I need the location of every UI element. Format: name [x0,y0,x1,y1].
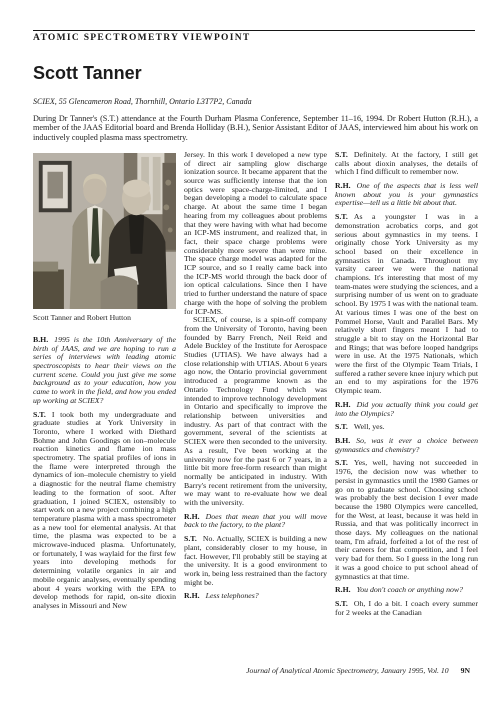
dialogue-paragraph: R.H.Less telephones? [184,592,327,601]
dialogue-paragraph: S.T.Well, yes. [335,423,478,432]
paragraph-text: Oh, I do a bit. I coach every summer for… [335,599,478,617]
speaker-label: R.H. [335,585,351,594]
masthead-rule [33,30,475,31]
dialogue-paragraph: S.T.No. Actually, SCIEX is building a ne… [184,535,327,587]
speaker-label: R.H. [335,400,351,409]
dialogue-paragraph: S.T.Yes, well, having not succeeded in 1… [335,459,478,581]
article-columns: Scott Tanner and Robert Hutton B.H.1995 … [33,151,478,657]
dialogue-paragraph: B.H.So, was it ever a choice between gym… [335,437,478,454]
dialogue-paragraph: R.H.One of the aspects that is less well… [335,182,478,208]
column-middle: Jersey. In this work I developed a new t… [184,151,327,657]
journal-footer: Journal of Analytical Atomic Spectrometr… [246,666,470,675]
paragraph-text: Definitely. At the factory, I still get … [335,151,478,176]
paragraph-text: As a youngster I was in a demonstration … [335,212,478,395]
body-paragraph: SCIEX, of course, is a spin-off company … [184,316,327,507]
paragraph-text: I took both my undergraduate and graduat… [33,410,176,610]
speaker-label: S.T. [335,212,348,221]
speaker-label: S.T. [33,410,46,419]
paragraph-text: You don't coach or anything now? [357,585,463,594]
body-paragraph: Jersey. In this work I developed a new t… [184,151,327,316]
dialogue-paragraph: S.T.As a youngster I was in a demonstrat… [335,213,478,396]
dialogue-paragraph: S.T.Oh, I do a bit. I coach every summer… [335,600,478,617]
dialogue-paragraph: S.T.I took both my undergraduate and gra… [33,411,176,611]
paragraph-text: Jersey. In this work I developed a new t… [184,151,327,316]
article-title: Scott Tanner [33,65,467,81]
paragraph-text: Did you actually think you could get int… [335,400,478,418]
speaker-label: R.H. [335,181,351,190]
section-masthead: ATOMIC SPECTROMETRY VIEWPOINT [33,33,475,43]
speaker-label: S.T. [335,458,348,467]
journal-page: ATOMIC SPECTROMETRY VIEWPOINT Scott Tann… [0,0,500,719]
photo-figure: Scott Tanner and Robert Hutton [33,153,176,322]
dialogue-paragraph: R.H.You don't coach or anything now? [335,586,478,595]
dialogue-paragraph: R.H.Does that mean that you will move ba… [184,513,327,530]
speaker-label: B.H. [335,436,350,445]
column-left: Scott Tanner and Robert Hutton B.H.1995 … [33,151,176,657]
interview-photo [33,153,176,309]
paragraph-text: No. Actually, SCIEX is building a new pl… [184,534,327,587]
speaker-label: R.H. [184,512,200,521]
dialogue-paragraph: R.H.Did you actually think you could get… [335,401,478,418]
footer-journal-line: Journal of Analytical Atomic Spectrometr… [246,666,448,675]
dialogue-paragraph: B.H.1995 is the 10th Anniversary of the … [33,336,176,406]
paragraph-text: So, was it ever a choice between gymnast… [335,436,478,454]
speaker-label: R.H. [184,591,200,600]
speaker-label: B.H. [33,335,48,344]
column-right: S.T.Definitely. At the factory, I still … [335,151,478,657]
paragraph-text: One of the aspects that is less well kno… [335,181,478,207]
dialogue-paragraph: S.T.Definitely. At the factory, I still … [335,151,478,177]
speaker-label: S.T. [184,534,197,543]
paragraph-text: Well, yes. [354,422,385,431]
photo-caption: Scott Tanner and Robert Hutton [33,313,176,322]
column-left-text: B.H.1995 is the 10th Anniversary of the … [33,336,176,611]
page-number: 9N [461,666,470,675]
paragraph-text: Yes, well, having not succeeded in 1976,… [335,458,478,580]
paragraph-text: 1995 is the 10th Anniversary of the birt… [33,335,176,405]
intro-paragraph: During Dr Tanner's (S.T.) attendance at … [33,114,478,142]
speaker-label: S.T. [335,599,348,608]
paragraph-text: Less telephones? [206,591,259,600]
paragraph-text: SCIEX, of course, is a spin-off company … [184,315,327,507]
author-affiliation: SCIEX, 55 Glencameron Road, Thornhill, O… [33,97,475,106]
paragraph-text: Does that mean that you will move back t… [184,512,327,530]
speaker-label: S.T. [335,422,348,431]
